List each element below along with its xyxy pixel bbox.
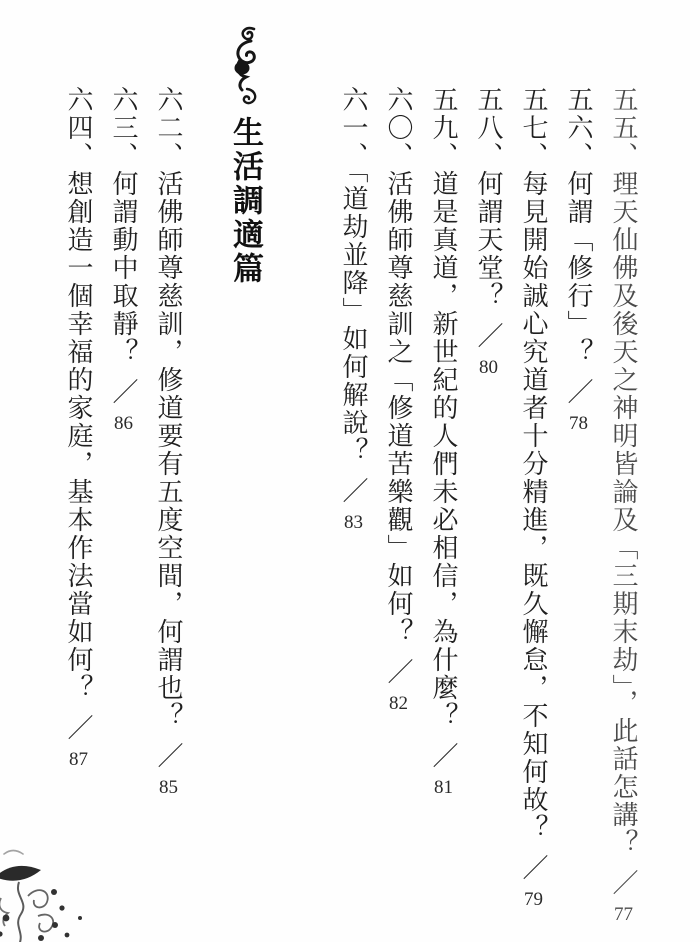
page-number: 86 [113, 414, 134, 433]
page-slash: ／ [474, 322, 503, 350]
page-number: 79 [523, 890, 544, 909]
page-slash: ／ [339, 477, 368, 505]
toc-entry-61: 六一、「道劫並降」如何解說？／83 [331, 0, 376, 942]
corner-vine-flourish-icon [0, 846, 104, 942]
page-number: 81 [433, 778, 454, 797]
page-slash: ／ [109, 378, 138, 406]
page-slash: ／ [154, 742, 183, 770]
page-number: 83 [343, 513, 364, 532]
toc-entry-55: 五五、理天仙佛及後天之神明皆論及「三期末劫」，此話怎講？／77 [601, 0, 646, 942]
entry-text: 五八、何謂天堂？ [474, 86, 503, 310]
page-slash: ／ [609, 869, 638, 897]
page-number: 87 [68, 750, 89, 769]
entry-text: 六二、活佛師尊慈訓，修道要有五度空間，何謂也？ [154, 86, 183, 730]
section-header: 生活調適篇 [217, 0, 273, 942]
page-slash: ／ [384, 658, 413, 686]
toc-entry-63: 六三、何謂動中取靜？／86 [101, 0, 146, 942]
page-slash: ／ [429, 742, 458, 770]
toc-entry-57: 五七、每見開始誠心究道者十分精進，既久懈怠，不知何故？／79 [511, 0, 556, 942]
page-slash: ／ [64, 714, 93, 742]
entry-text: 五五、理天仙佛及後天之神明皆論及「三期末劫」，此話怎講？ [609, 86, 638, 857]
fleuron-ornament-icon [225, 26, 265, 106]
page-number: 85 [158, 778, 179, 797]
entry-text: 五七、每見開始誠心究道者十分精進，既久懈怠，不知何故？ [519, 86, 548, 842]
entry-text: 五六、何謂「修行」？ [564, 86, 593, 366]
page-number: 82 [388, 694, 409, 713]
page-slash: ／ [519, 854, 548, 882]
toc-entry-58: 五八、何謂天堂？／80 [466, 0, 511, 942]
section-title: 生活調適篇 [217, 0, 273, 942]
page-number: 80 [478, 358, 499, 377]
entry-text: 六三、何謂動中取靜？ [109, 86, 138, 366]
book-page: 五五、理天仙佛及後天之神明皆論及「三期末劫」，此話怎講？／77 五六、何謂「修行… [0, 0, 700, 942]
page-number: 78 [568, 414, 589, 433]
page-slash: ／ [564, 378, 593, 406]
page-number: 77 [613, 905, 634, 924]
entry-text: 五九、道是真道，新世紀的人們未必相信，為什麼？ [429, 86, 458, 730]
entry-text: 六〇、活佛師尊慈訓之「修道苦樂觀」如何？ [384, 86, 413, 646]
entry-text: 六四、想創造一個幸福的家庭，基本作法當如何？ [64, 86, 93, 702]
toc-entry-64: 六四、想創造一個幸福的家庭，基本作法當如何？／87 [56, 0, 101, 942]
toc-entry-59: 五九、道是真道，新世紀的人們未必相信，為什麼？／81 [421, 0, 466, 942]
toc-entry-62: 六二、活佛師尊慈訓，修道要有五度空間，何謂也？／85 [146, 0, 191, 942]
entry-text: 六一、「道劫並降」如何解說？ [339, 86, 368, 465]
toc-entry-56: 五六、何謂「修行」？／78 [556, 0, 601, 942]
table-of-contents: 五五、理天仙佛及後天之神明皆論及「三期末劫」，此話怎講？／77 五六、何謂「修行… [56, 0, 646, 942]
toc-entry-60: 六〇、活佛師尊慈訓之「修道苦樂觀」如何？／82 [376, 0, 421, 942]
